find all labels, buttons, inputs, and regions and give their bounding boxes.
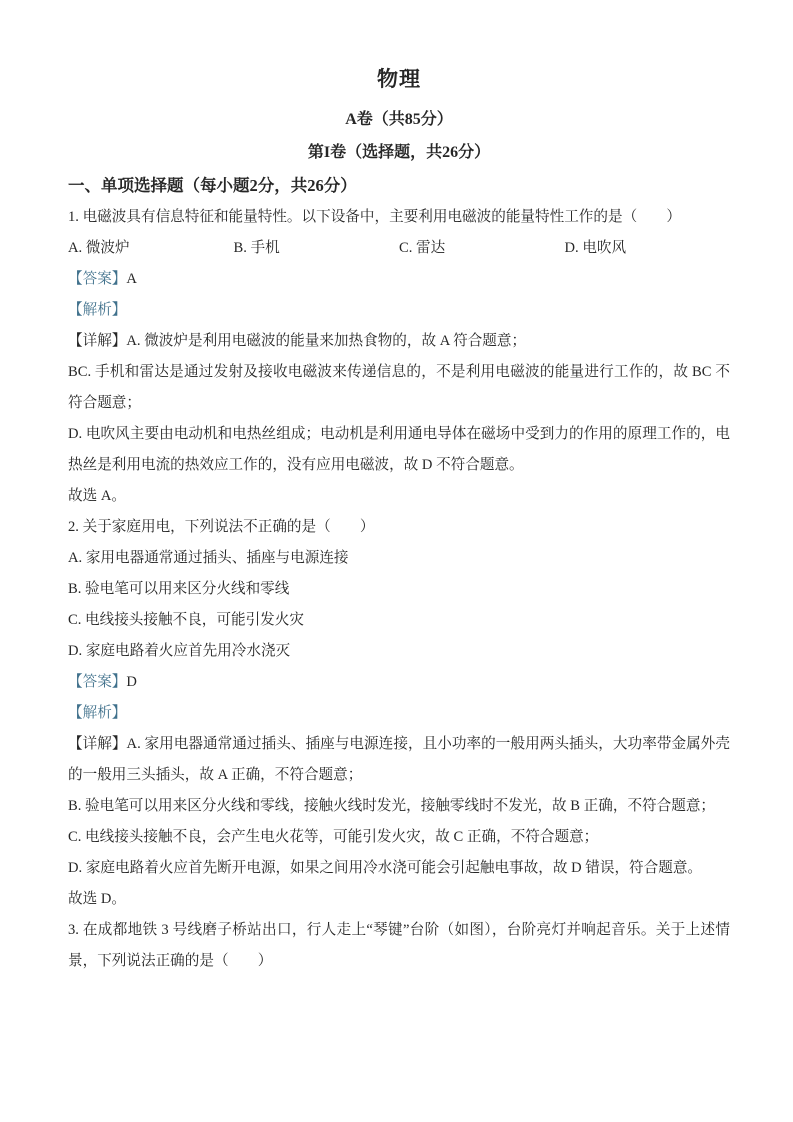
question-1-option-c: C. 雷达 bbox=[399, 233, 565, 264]
analysis-label: 【解析】 bbox=[68, 705, 126, 721]
question-2-option-c: C. 电线接头接触不良，可能引发火灾 bbox=[68, 605, 730, 636]
answer-label: 【答案】 bbox=[68, 674, 126, 690]
question-1-answer-value: A bbox=[126, 271, 137, 287]
question-1-options-row: A. 微波炉 B. 手机 C. 雷达 D. 电吹风 bbox=[68, 233, 730, 264]
question-1: 1. 电磁波具有信息特征和能量特性。以下设备中，主要利用电磁波的能量特性工作的是… bbox=[68, 202, 730, 512]
subtitle-volume-a: A卷（共85分） bbox=[68, 103, 730, 136]
answer-label: 【答案】 bbox=[68, 271, 126, 287]
question-1-option-a: A. 微波炉 bbox=[68, 233, 234, 264]
question-3: 3. 在成都地铁 3 号线磨子桥站出口，行人走上“琴键”台阶（如图），台阶亮灯并… bbox=[68, 915, 730, 977]
question-2-option-d: D. 家庭电路着火应首先用冷水浇灭 bbox=[68, 636, 730, 667]
analysis-label: 【解析】 bbox=[68, 302, 126, 318]
question-3-stem: 3. 在成都地铁 3 号线磨子桥站出口，行人走上“琴键”台阶（如图），台阶亮灯并… bbox=[68, 915, 730, 977]
question-1-option-d: D. 电吹风 bbox=[565, 233, 731, 264]
question-1-detail-paragraph: 【详解】A. 微波炉是利用电磁波的能量来加热食物的，故 A 符合题意； bbox=[68, 326, 730, 357]
question-2-answer-value: D bbox=[126, 674, 137, 690]
question-2-detail-paragraph: B. 验电笔可以用来区分火线和零线，接触火线时发光，接触零线时不发光，故 B 正… bbox=[68, 791, 730, 822]
question-2-options: A. 家用电器通常通过插头、插座与电源连接 B. 验电笔可以用来区分火线和零线 … bbox=[68, 543, 730, 667]
question-1-stem: 1. 电磁波具有信息特征和能量特性。以下设备中，主要利用电磁波的能量特性工作的是… bbox=[68, 202, 730, 233]
question-2-answer-line: 【答案】D bbox=[68, 667, 730, 698]
question-2-detail-paragraph: D. 家庭电路着火应首先断开电源，如果之间用冷水浇可能会引起触电事故，故 D 错… bbox=[68, 853, 730, 884]
question-2-option-a: A. 家用电器通常通过插头、插座与电源连接 bbox=[68, 543, 730, 574]
subtitle-volume-1: 第I卷（选择题，共26分） bbox=[68, 136, 730, 169]
doc-title: 物理 bbox=[68, 64, 730, 94]
question-1-detail-paragraph: D. 电吹风主要由电动机和电热丝组成；电动机是利用通电导体在磁场中受到力的作用的… bbox=[68, 419, 730, 481]
question-2-option-b: B. 验电笔可以用来区分火线和零线 bbox=[68, 574, 730, 605]
question-2-detail-paragraph: C. 电线接头接触不良，会产生电火花等，可能引发火灾，故 C 正确，不符合题意； bbox=[68, 822, 730, 853]
question-2-analysis-line: 【解析】 bbox=[68, 698, 730, 729]
exam-page: 物理 A卷（共85分） 第I卷（选择题，共26分） 一、单项选择题（每小题2分，… bbox=[0, 0, 793, 977]
section-heading: 一、单项选择题（每小题2分，共26分） bbox=[68, 169, 730, 202]
question-1-detail-paragraph: 故选 A。 bbox=[68, 481, 730, 512]
question-1-option-b: B. 手机 bbox=[234, 233, 400, 264]
question-2-stem: 2. 关于家庭用电，下列说法不正确的是（ ） bbox=[68, 512, 730, 543]
question-2-detail-paragraph: 故选 D。 bbox=[68, 884, 730, 915]
question-1-detail-paragraph: BC. 手机和雷达是通过发射及接收电磁波来传递信息的，不是利用电磁波的能量进行工… bbox=[68, 357, 730, 419]
question-2-detail-paragraph: 【详解】A. 家用电器通常通过插头、插座与电源连接，且小功率的一般用两头插头，大… bbox=[68, 729, 730, 791]
question-2: 2. 关于家庭用电，下列说法不正确的是（ ） A. 家用电器通常通过插头、插座与… bbox=[68, 512, 730, 915]
question-1-analysis-line: 【解析】 bbox=[68, 295, 730, 326]
question-1-answer-line: 【答案】A bbox=[68, 264, 730, 295]
